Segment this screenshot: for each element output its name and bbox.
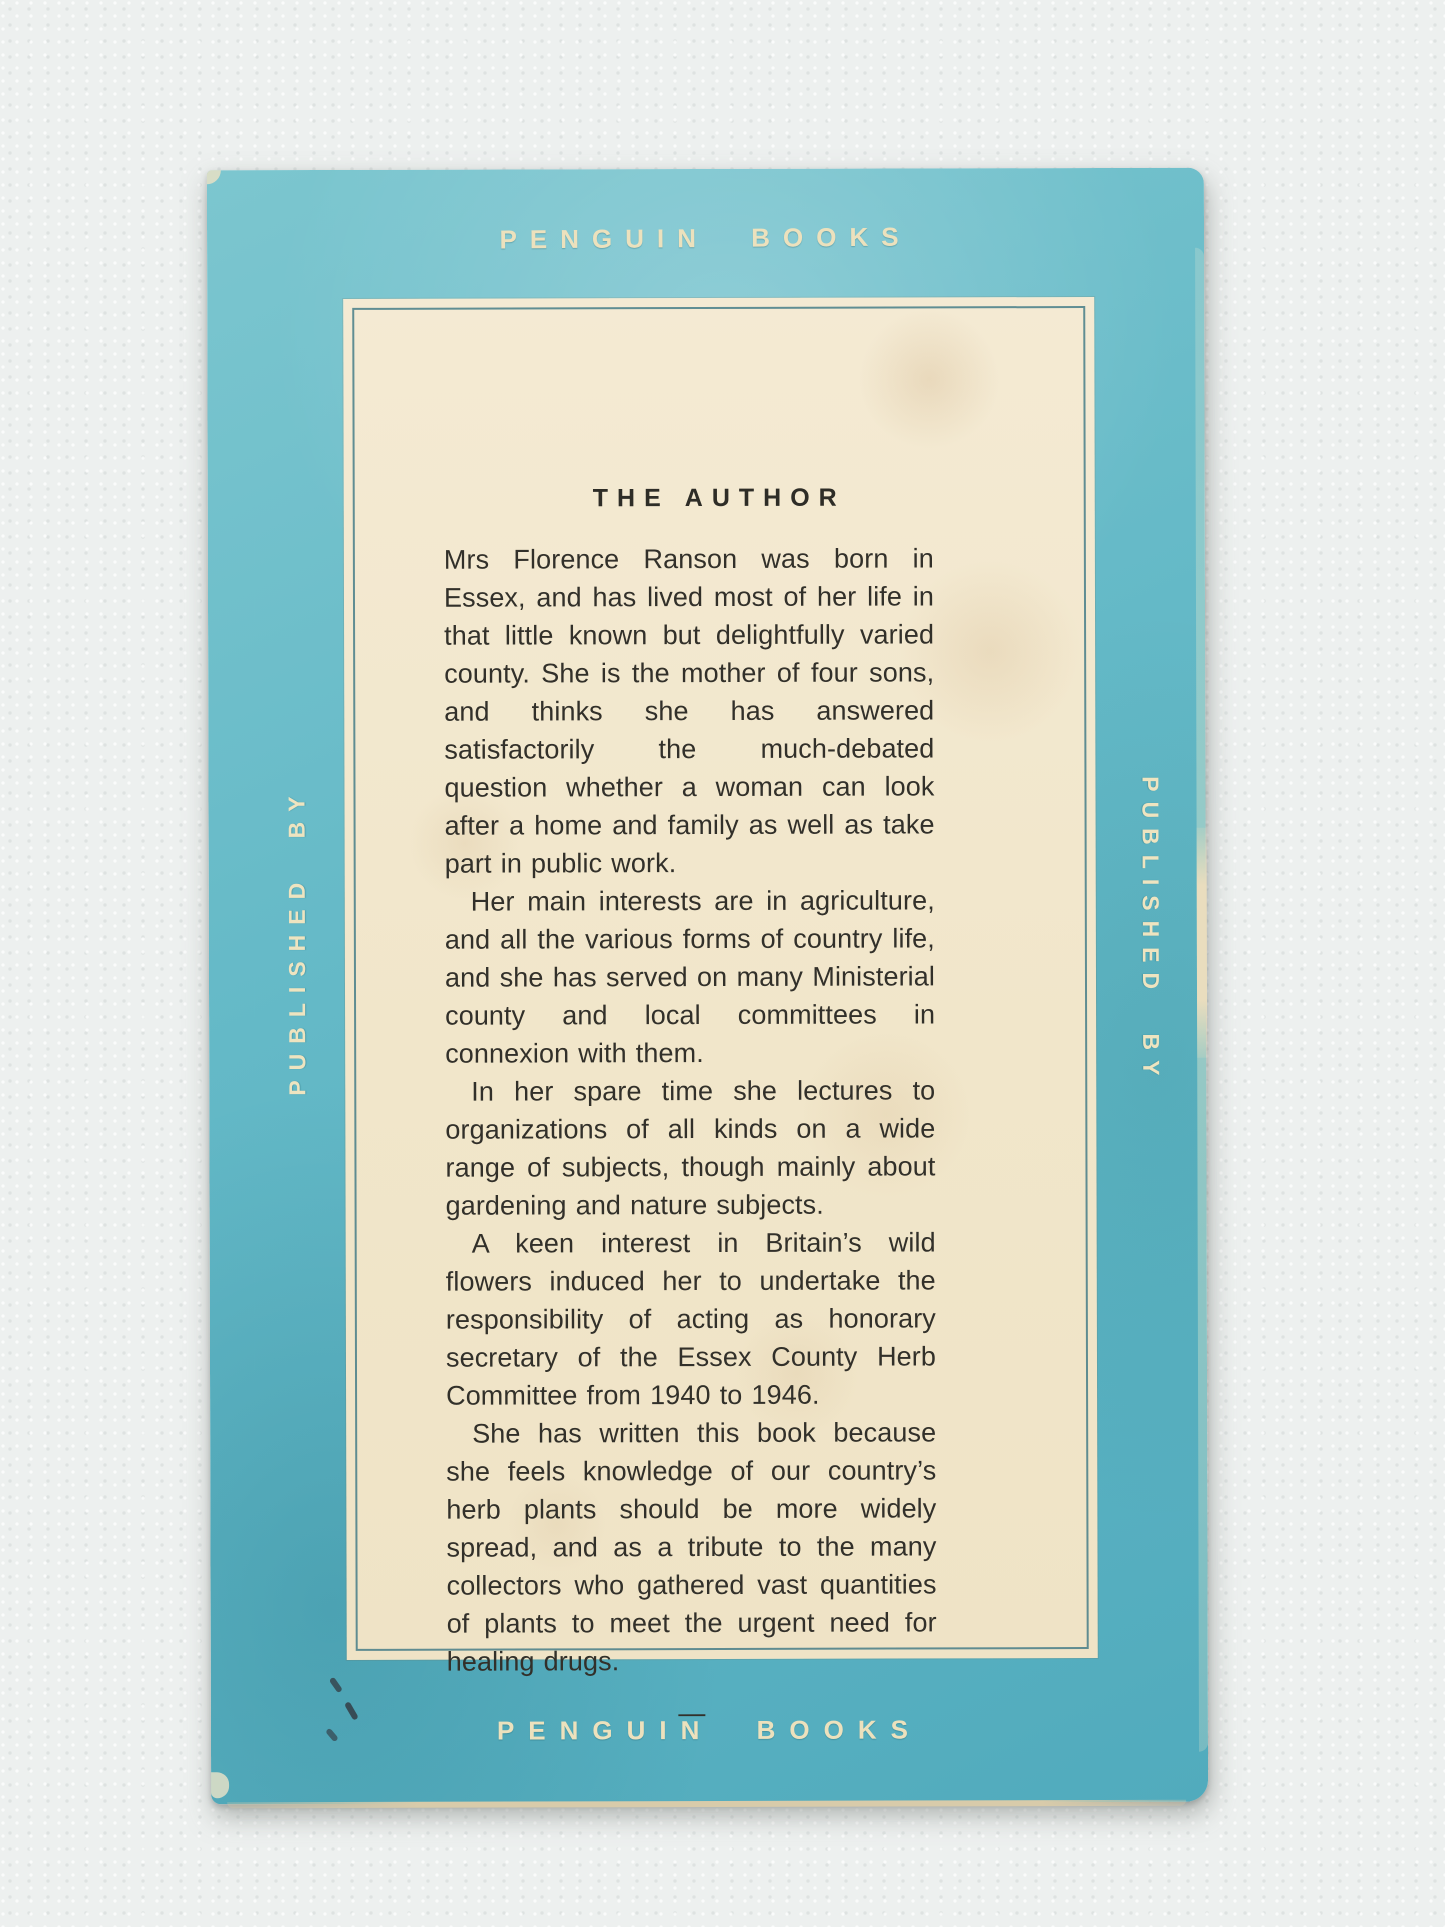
ink-smudge (329, 1677, 343, 1694)
author-paragraph: In her spare time she lectures to organi… (445, 1071, 935, 1224)
published-by-right: PUBLISHED BY (1133, 761, 1164, 1101)
book-back-cover: PENGUIN BOOKS PUBLISHED BY PUBLISHED BY … (207, 168, 1208, 1805)
author-paragraph: A keen interest in Britain’s wild flower… (446, 1223, 936, 1414)
published-by-left: PUBLISHED BY (283, 771, 314, 1111)
photo-background: { "photo": { "background_color": "#edf0e… (0, 0, 1445, 1927)
author-paragraph: She has written this book because she fe… (446, 1413, 937, 1680)
author-paragraphs: Mrs Florence Ranson was born in Essex, a… (444, 539, 937, 1680)
page-edges-bottom (227, 1800, 1186, 1809)
author-blurb-panel: THE AUTHOR Mrs Florence Ranson was born … (343, 297, 1098, 1660)
publisher-banner-top: PENGUIN BOOKS (207, 220, 1204, 258)
worn-corner-bottom-left (211, 1772, 229, 1798)
author-paragraph: Mrs Florence Ranson was born in Essex, a… (444, 539, 935, 882)
publisher-banner-bottom: PENGUIN BOOKS (211, 1714, 1208, 1748)
author-paragraph: Her main interests are in agriculture, a… (445, 881, 935, 1072)
author-heading: THE AUTHOR (344, 483, 1095, 514)
page-edges-right (1197, 828, 1208, 1058)
worn-corner-top-left (207, 170, 221, 184)
